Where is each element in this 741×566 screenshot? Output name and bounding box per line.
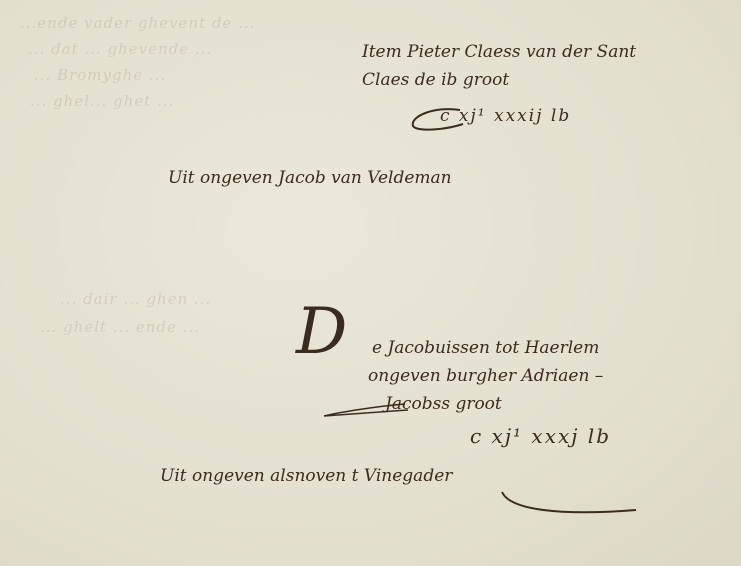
entry-total: c xj¹ xxxj lb <box>470 424 611 448</box>
bleed-through-line: ... dat ... ghevende ... <box>28 40 212 58</box>
entry-line: Item Pieter Claess van der Sant <box>362 42 636 62</box>
flourish-icon <box>320 400 410 420</box>
entry-line: e Jacobuissen tot Haerlem <box>372 338 599 358</box>
entry-note: Uit ongeven Jacob van Veldeman <box>168 168 452 188</box>
bleed-through-line: ... ghelt ... ende ... <box>40 318 200 336</box>
entry-note: Uit ongeven alsnoven t Vinegader <box>160 466 452 486</box>
bleed-through-line: ... ghel... ghet ... <box>30 92 174 110</box>
flourish-icon <box>405 104 465 134</box>
bleed-through-line: ...ende vader ghevent de ... <box>20 14 255 32</box>
flourish-icon <box>500 490 640 520</box>
bleed-through-line: ... dair ... ghen ... <box>60 290 211 308</box>
entry-line: Claes de ib groot <box>362 70 509 90</box>
entry-line: ongeven burgher Adriaen – <box>368 366 603 386</box>
decorated-initial: D <box>296 300 347 364</box>
bleed-through-line: ... Bromyghe ... <box>34 66 166 84</box>
manuscript-page: ...ende vader ghevent de ... ... dat ...… <box>0 0 741 566</box>
